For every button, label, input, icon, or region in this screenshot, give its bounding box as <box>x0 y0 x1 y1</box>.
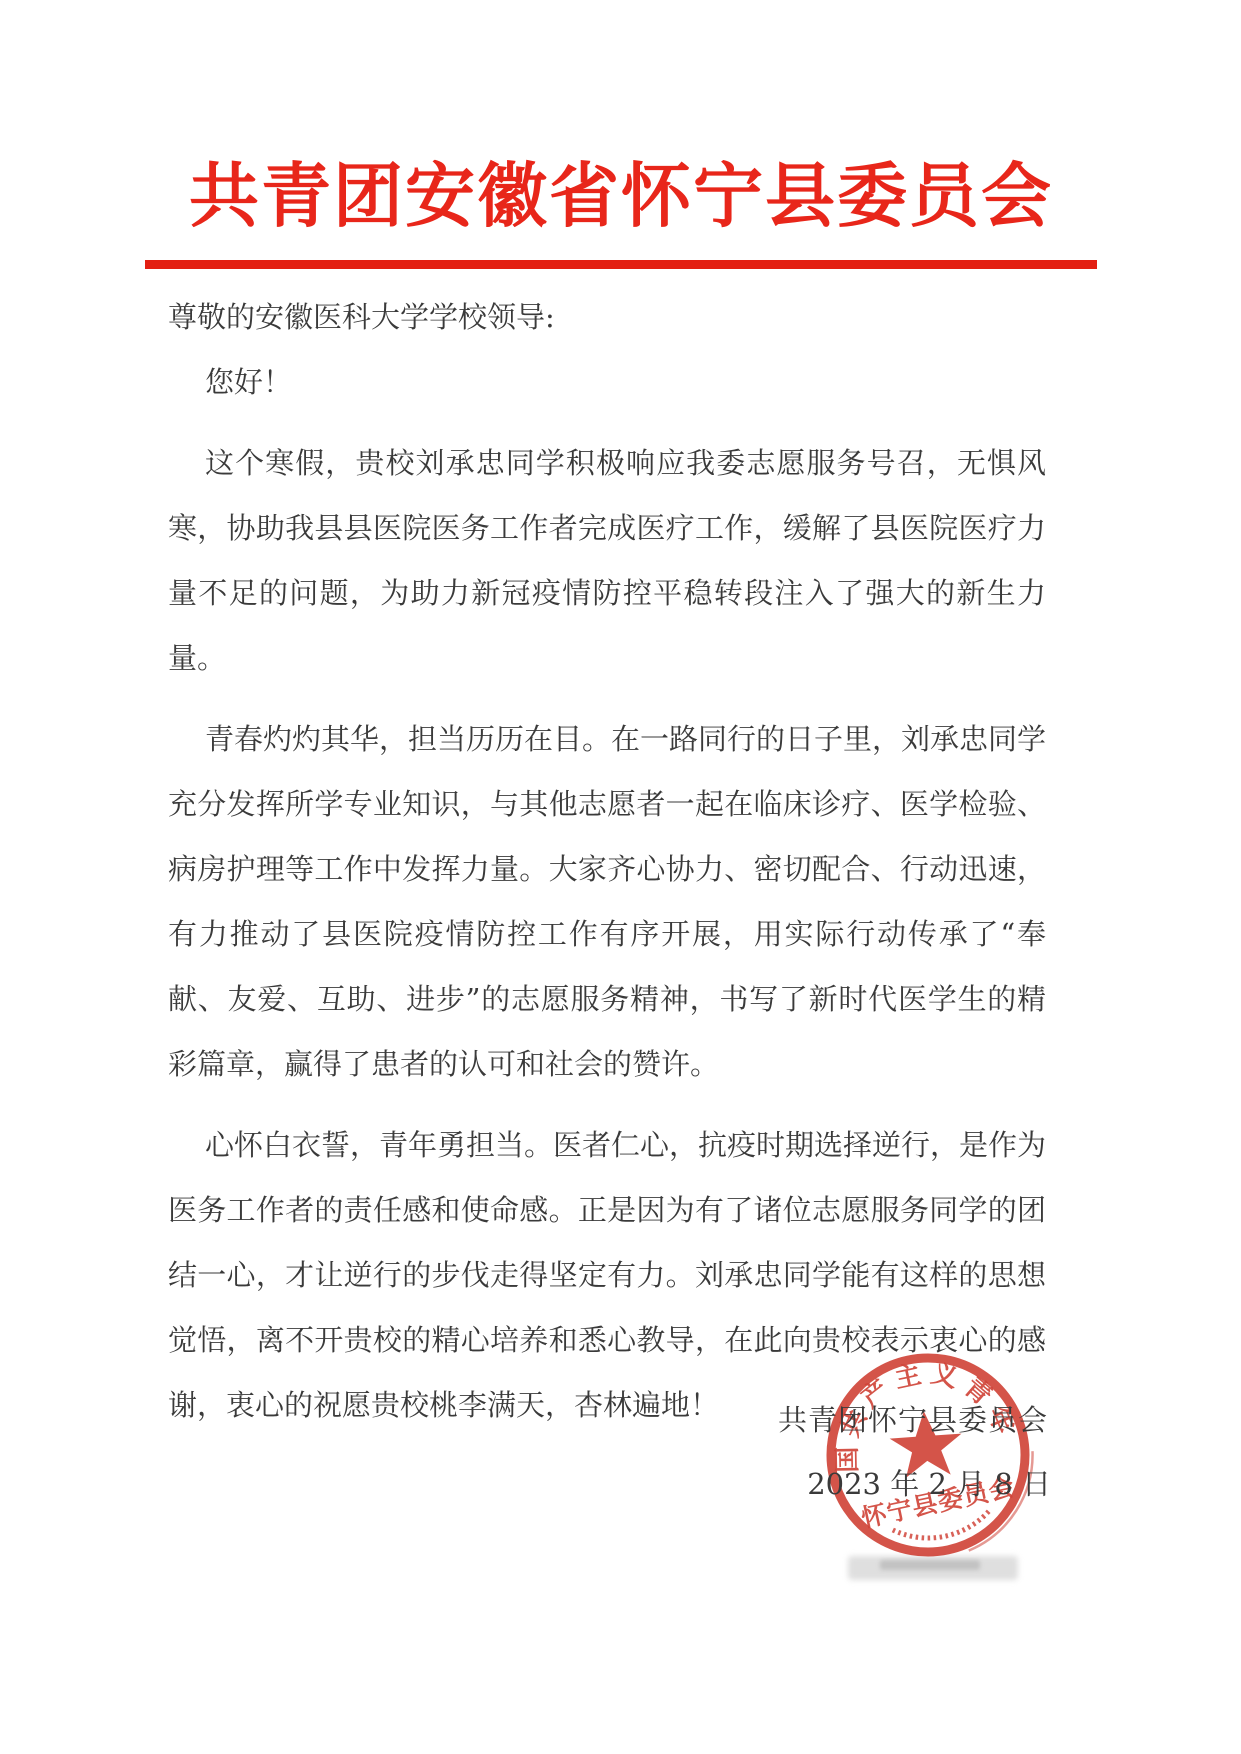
letter-salutation: 您好！ <box>168 350 1046 415</box>
title-divider <box>145 260 1097 269</box>
letter-body: 尊敬的安徽医科大学学校领导: 您好！ 这个寒假，贵校刘承忠同学积极响应我委志愿服… <box>168 285 1046 1438</box>
letter-paragraph: 青春灼灼其华，担当历历在目。在一路同行的日子里，刘承忠同学充分发挥所学专业知识，… <box>168 707 1046 1097</box>
letter-paragraph: 这个寒假，贵校刘承忠同学积极响应我委志愿服务号召，无惧风寒，协助我县县医院医务工… <box>168 431 1046 691</box>
date-line: 2023 年 2 月 8 日 <box>807 1462 1051 1503</box>
letter-greeting: 尊敬的安徽医科大学学校领导: <box>168 285 1046 350</box>
letter-page: 共青团安徽省怀宁县委员会 尊敬的安徽医科大学学校领导: 您好！ 这个寒假，贵校刘… <box>0 0 1241 1754</box>
official-seal-stamp: 中国共产主义青年团 怀宁县委员会 <box>792 1319 1065 1592</box>
page-title: 共青团安徽省怀宁县委员会 <box>145 140 1097 241</box>
signature-line: 共青团怀宁县委员会 <box>778 1398 1048 1439</box>
